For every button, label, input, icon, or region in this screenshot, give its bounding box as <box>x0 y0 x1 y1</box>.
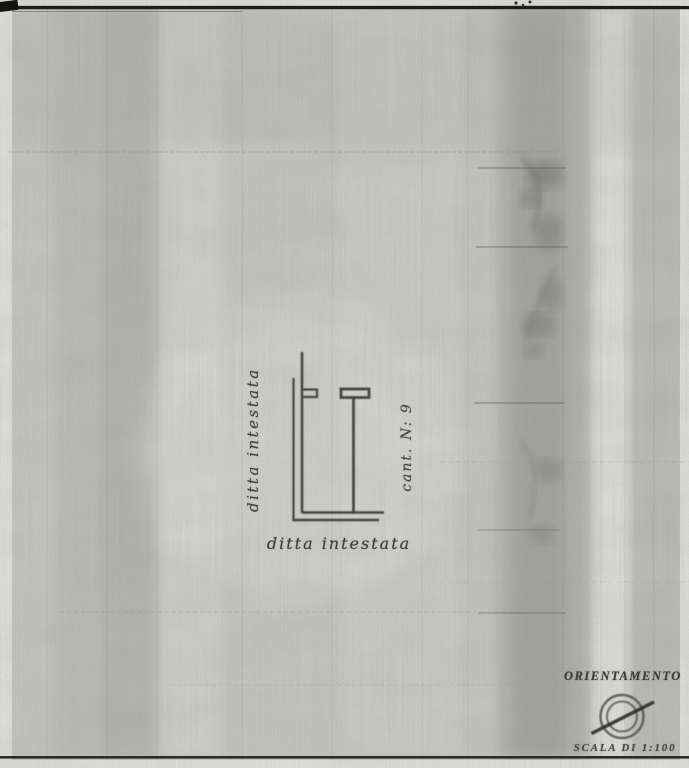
scan-texture-and-drawing <box>0 0 689 768</box>
sketch-right-label: cant. N: 9 <box>399 392 419 502</box>
scan-grain <box>0 0 689 768</box>
orientation-title: ORIENTAMENTO <box>564 669 676 685</box>
top-border-line <box>12 6 689 9</box>
scale-label: SCALA DI 1:100 <box>562 742 688 757</box>
sketch-left-label: ditta intestata <box>244 372 264 512</box>
scanned-document-page: ditta intestata ditta intestata cant. N:… <box>0 0 689 768</box>
sketch-bottom-label: ditta intestata <box>263 534 415 556</box>
